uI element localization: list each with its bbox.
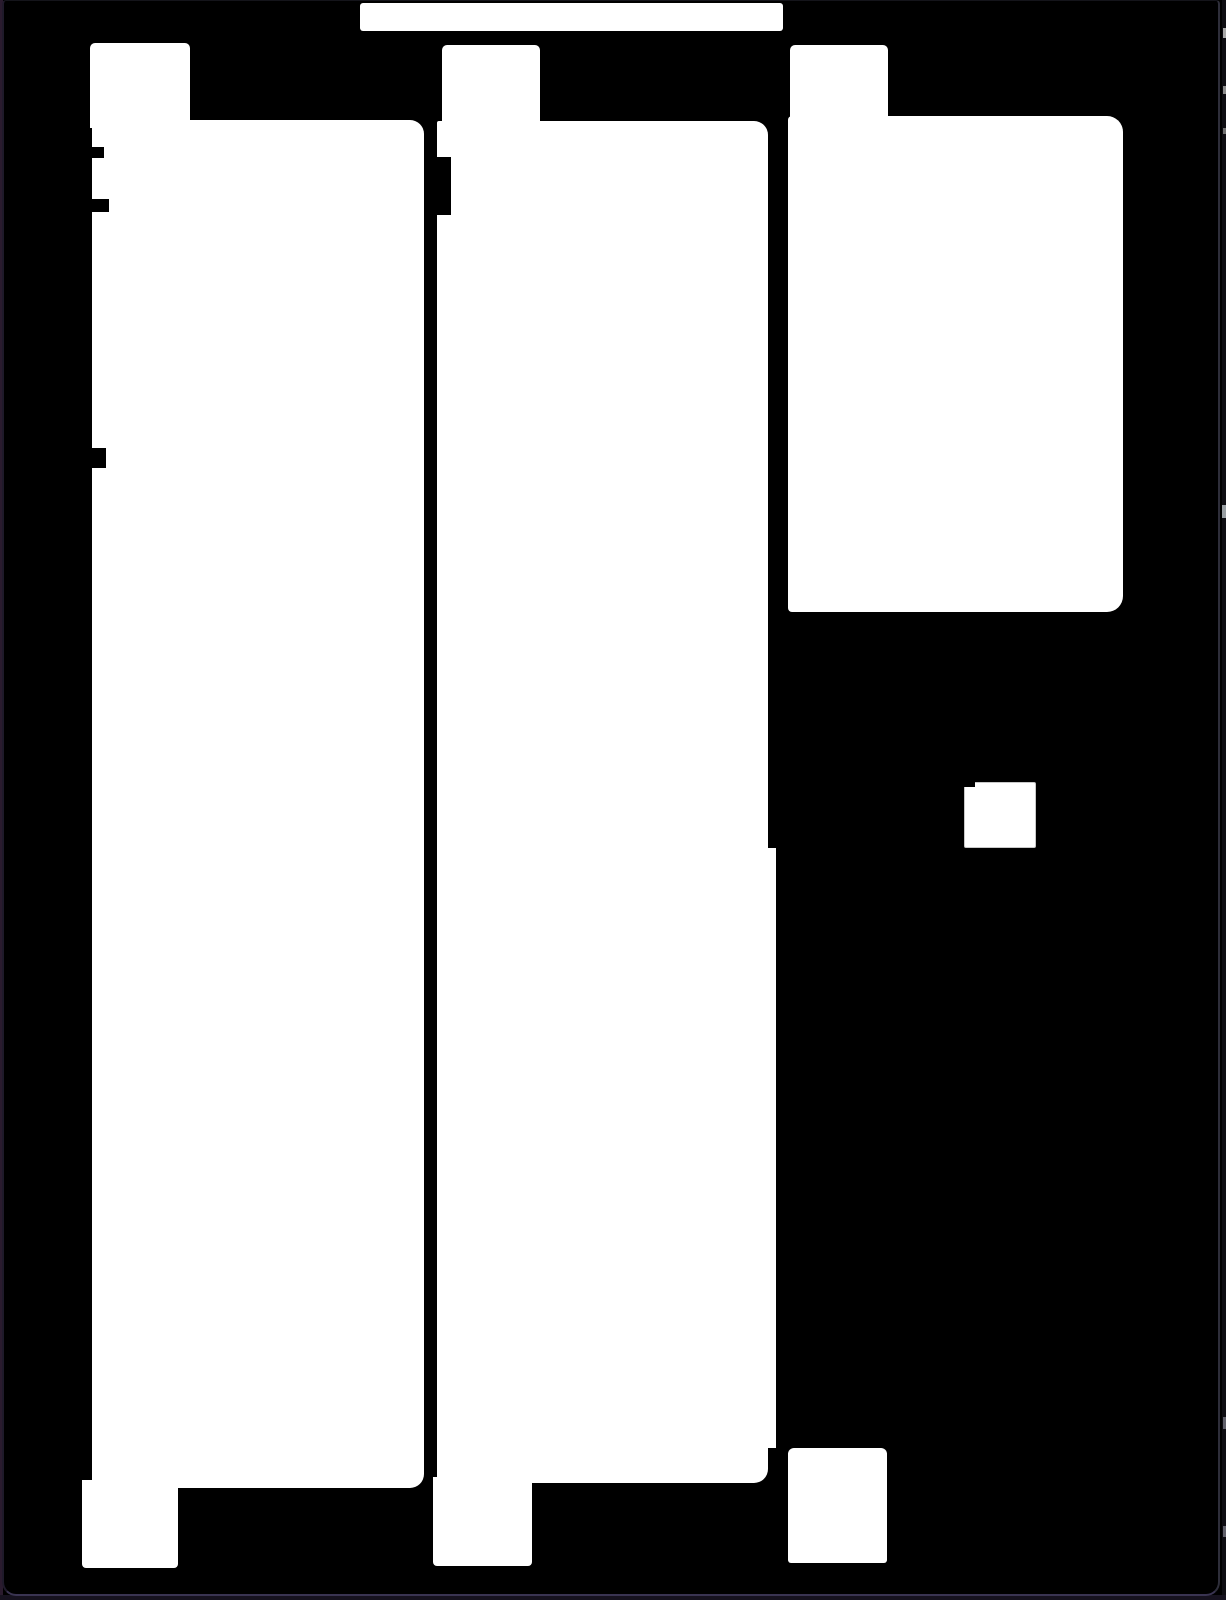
right-edge-scrollbar-thumb[interactable] [1222, 505, 1226, 518]
screen [0, 0, 1226, 1600]
fragment-layer [0, 0, 1226, 1600]
